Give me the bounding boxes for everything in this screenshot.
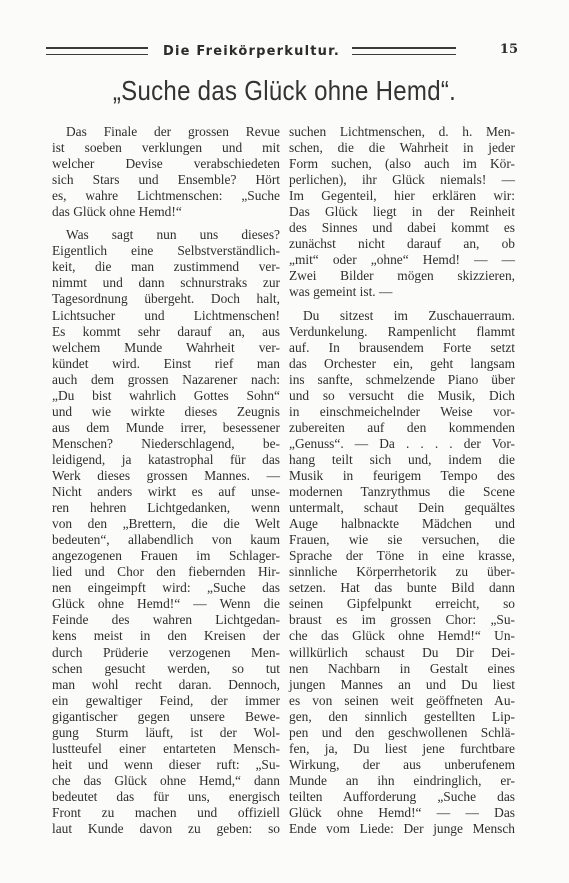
text-line: bedeutet das für uns, energisch — [52, 789, 280, 805]
text-line: nen eingeimpft wird: „Suche das — [52, 580, 280, 596]
text-line: Eigentlich eine Selbstverständlich- — [52, 243, 280, 259]
text-line: kündet wird. Einst rief man — [52, 356, 280, 372]
text-line: angezogenen Frauen im Schlager- — [52, 548, 280, 564]
text-line: Im Gegenteil, hier erklären wir: — [289, 188, 515, 204]
page-number: 15 — [500, 42, 518, 57]
text-line: Das Glück liegt in der Reinheit — [289, 204, 515, 220]
text-line: suchen Lichtmenschen, d. h. Men- — [289, 124, 515, 140]
text-line: setzen. Hat das bunte Bild dann — [289, 580, 515, 596]
text-line: in einschmeichelnder Weise vor- — [289, 404, 515, 420]
text-line: Es kommt sehr darauf an, aus — [52, 324, 280, 340]
text-line: ins sanfte, schmelzende Piano über — [289, 372, 515, 388]
document-page: Die Freikörperkultur. 15 „Suche das Glüc… — [0, 0, 569, 883]
text-line: gigantischer gegen unsere Bewe- — [52, 709, 280, 725]
text-line: schen, die die Wahrheit in jeder — [289, 140, 515, 156]
text-line: Du sitzest im Zuschauerraum. — [289, 308, 515, 324]
text-line: sinnliche Körperrhetorik zu über- — [289, 564, 515, 580]
text-line: ren hehren Lichtgedanken, wenn — [52, 500, 280, 516]
paragraph-gap — [289, 301, 515, 308]
text-line: ein gewaltiger Feind, der immer — [52, 693, 280, 709]
text-line: Zwei Bilder mögen skizzieren, — [289, 268, 515, 284]
text-line: Musik in feurigem Tempo des — [289, 468, 515, 484]
text-line: Menschen? Niederschlagend, be- — [52, 436, 280, 452]
text-line: was gemeint ist. — — [289, 284, 515, 300]
text-line: auch dem grossen Nazarener nach: — [52, 372, 280, 388]
text-line: pen und den geschwollenen Schlä- — [289, 725, 515, 741]
text-line: Das Finale der grossen Revue — [52, 124, 280, 140]
text-line: bedeuten“, allabendlich von kaum — [52, 532, 280, 548]
text-line: Wirkung, der aus unberufenem — [289, 757, 515, 773]
paragraph-gap — [52, 220, 280, 227]
text-line: Werk dieses grossen Mannes. — — [52, 468, 280, 484]
header-rule-left — [46, 47, 148, 55]
text-line: das Glück ohne Hemd!“ — [52, 204, 280, 220]
text-line: seinen Gipfelpunkt erreicht, so — [289, 596, 515, 612]
text-line: das Orchester ein, geht langsam — [289, 356, 515, 372]
text-line: untermalt, schaut Dein gequältes — [289, 500, 515, 516]
text-line: teilten Aufforderung „Suche das — [289, 789, 515, 805]
text-line: gung Sturm läuft, ist der Wol- — [52, 725, 280, 741]
text-line: willkürlich schaust Du Dir Dei- — [289, 645, 515, 661]
text-line: Glück ohne Hemd!“ — Wenn die — [52, 596, 280, 612]
text-line: nimmt und dann schnurstraks zur — [52, 275, 280, 291]
text-line: Feinde des wahren Lichtgedan- — [52, 612, 280, 628]
text-line: gen, den sinnlich gestellten Lip- — [289, 709, 515, 725]
article-title: „Suche das Glück ohne Hemd“. — [0, 76, 569, 108]
text-line: und wie wirkte dieses Zeugnis — [52, 404, 280, 420]
text-line: kens meist in den Kreisen der — [52, 628, 280, 644]
text-line: lied und Chor den fiebernden Hir- — [52, 564, 280, 580]
running-head: Die Freikörperkultur. 15 — [46, 40, 518, 62]
text-line: Tagesordnung übergeht. Doch halt, — [52, 291, 280, 307]
text-line: Front zu machen und offiziell — [52, 805, 280, 821]
paragraph: Was sagt nun uns dieses?Eigentlich eine … — [52, 227, 280, 837]
text-line: nen Nachbarn in Gestalt eines — [289, 661, 515, 677]
text-line: laut Kunde davon zu geben: so — [52, 821, 280, 837]
text-line: leidigend, ja katastrophal für das — [52, 452, 280, 468]
text-line: durch Prüderie verzogenen Men- — [52, 645, 280, 661]
text-line: hang teilt sich und, indem die — [289, 452, 515, 468]
text-line: ist soeben verklungen und mit — [52, 140, 280, 156]
text-line: des Sinnes und dabei kommt es — [289, 220, 515, 236]
text-line: „Du bist wahrlich Gottes Sohn“ — [52, 388, 280, 404]
text-line: „Genuss“. — Da . . . . der Vor- — [289, 436, 515, 452]
text-line: es von seinen weit geöffneten Au- — [289, 693, 515, 709]
text-line: Was sagt nun uns dieses? — [52, 227, 280, 243]
text-line: Lichtsucher und Lichtmenschen! — [52, 308, 280, 324]
paragraph: suchen Lichtmenschen, d. h. Men-schen, d… — [289, 124, 515, 301]
paragraph: Du sitzest im Zuschauerraum.Verdunkelung… — [289, 308, 515, 838]
paragraph: Das Finale der grossen Revueist soeben v… — [52, 124, 280, 220]
text-line: welcher Devise verabschiedeten — [52, 156, 280, 172]
text-line: modernen Tanzrythmus die Scene — [289, 484, 515, 500]
text-line: Nicht anders wirkt es auf unse- — [52, 484, 280, 500]
text-line: Glück ohne Hemd!“ — — Das — [289, 805, 515, 821]
text-line: aus dem Munde irrer, besessener — [52, 420, 280, 436]
text-line: Form suchen, (also auch im Kör- — [289, 156, 515, 172]
text-line: auf. In brausendem Forte setzt — [289, 340, 515, 356]
text-line: es, wahre Lichtmenschen: „Suche — [52, 188, 280, 204]
text-line: lustteufel einer entarteten Mensch- — [52, 741, 280, 757]
header-rule-right — [352, 47, 456, 55]
right-column: suchen Lichtmenschen, d. h. Men-schen, d… — [289, 124, 515, 837]
text-line: von den „Brettern, die die Welt — [52, 516, 280, 532]
text-line: perlichen), ihr Glück niemals! — — [289, 172, 515, 188]
text-line: keit, die man zustimmend ver- — [52, 259, 280, 275]
text-line: „mit“ oder „ohne“ Hemd! — — — [289, 252, 515, 268]
text-line: sich Stars und Ensemble? Hört — [52, 172, 280, 188]
left-column: Das Finale der grossen Revueist soeben v… — [52, 124, 280, 837]
text-line: Verdunkelung. Rampenlicht flammt — [289, 324, 515, 340]
text-line: welchem Munde Wahrheit ver- — [52, 340, 280, 356]
text-line: Auge halbnackte Mädchen und — [289, 516, 515, 532]
text-line: che das Glück ohne Hemd!“ Un- — [289, 628, 515, 644]
text-line: und so versucht die Musik, Dich — [289, 388, 515, 404]
text-line: jungen Mannes an und Du liest — [289, 677, 515, 693]
text-line: che das Glück ohne Hemd,“ dann — [52, 773, 280, 789]
text-line: zunächst nicht darauf an, ob — [289, 236, 515, 252]
text-line: Munde an ihn eindringlich, er- — [289, 773, 515, 789]
running-title: Die Freikörperkultur. — [163, 44, 340, 59]
text-line: zubereiten auf den kommenden — [289, 420, 515, 436]
text-line: Sprache der Töne in eine krasse, — [289, 548, 515, 564]
text-line: heit und wenn dieser ruft: „Su- — [52, 757, 280, 773]
text-line: schen gesucht werden, so tut — [52, 661, 280, 677]
text-line: Ende vom Liede: Der junge Mensch — [289, 821, 515, 837]
text-line: fen, ja, Du liest jene furchtbare — [289, 741, 515, 757]
text-line: braust es im grossen Chor: „Su- — [289, 612, 515, 628]
text-line: man wohl recht daran. Dennoch, — [52, 677, 280, 693]
text-line: Frauen, wie sie versuchen, die — [289, 532, 515, 548]
